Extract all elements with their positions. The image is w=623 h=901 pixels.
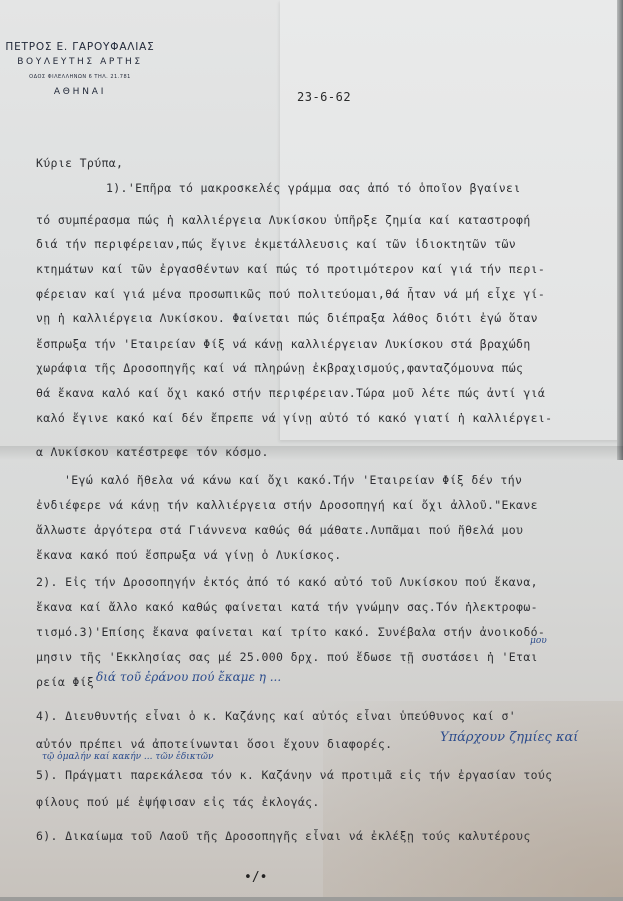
body-line: ἄλλωστε ἀργότερα στά Γιάννενα καθώς θά μ…: [36, 523, 523, 537]
letterhead-name: ΠΕΤΡΟΣ Ε. ΓΑΡΟΥΦΑΛΙΑΣ: [0, 40, 160, 55]
body-line: κτημάτων καί τῶν ἐργασθέντων καί πώς τό …: [36, 262, 545, 276]
body-line: 6). Δικαίωμα τοῦ Λαοῦ τῆς Δροσοπηγῆς εἶν…: [36, 829, 531, 843]
letterhead-city: ΑΘΗΝΑΙ: [0, 84, 160, 100]
body-line: διά τήν περιφέρειαν,πώς ἔγινε ἐκμετάλλευ…: [36, 237, 516, 251]
body-line: καλό ἔγινε κακό καί δέν ἔπρεπε νά γίνῃ α…: [36, 411, 552, 425]
body-line: 1).'Επῆρα τό μακροσκελές γράμμα σας ἀπό …: [106, 181, 521, 195]
body-line: α Λυκίσκου κατέστρεφε τόν κόσμο.: [36, 445, 269, 459]
page-bottom-edge: [0, 897, 623, 901]
body-line: ἔκανα καί ἄλλο κακό καθώς φαίνεται κατά …: [36, 600, 538, 614]
body-line: φέρειαν καί γιά μένα προσωπικῶς πού πολι…: [36, 287, 545, 301]
body-line: 'Εγώ καλό ἤθελα νά κάνω καί ὄχι κακό.Τήν…: [64, 473, 522, 487]
body-line: 2). Εἰς τήν Δροσοπηγήν ἐκτός ἀπό τό κακό…: [36, 575, 538, 589]
body-line: ἐνδιέφερε νά κάνῃ τήν καλλιέργεια στήν Δ…: [36, 498, 538, 512]
body-line: 4). Διευθυντής εἶναι ὁ κ. Καζάνης καί αὐ…: [36, 709, 516, 723]
body-line: αὐτόν πρέπει νά ἀποτείνωνται ὅσοι ἔχουν …: [36, 737, 392, 751]
page-edge-shadow: [617, 0, 623, 460]
body-line: 5). Πράγματι παρεκάλεσα τόν κ. Καζάνην ν…: [36, 768, 552, 782]
body-line: ἔσπρωξα τήν 'Εταιρείαν Φίξ νά κάνῃ καλλι…: [36, 337, 531, 351]
body-line: τισμό.3)'Επίσης ἔκανα φαίνεται καί τρίτο…: [36, 625, 545, 639]
body-line: ἔκανα κακό πού ἔσπρωξα νά γίνῃ ὁ Λυκίσκο…: [36, 548, 342, 562]
continuation-mark: •/•: [244, 870, 267, 885]
letterhead-address: ΟΔΟΣ ΦΙΛΕΛΛΗΝΩΝ 6 ΤΗΛ. 21.781: [0, 70, 160, 84]
body-line: ρεία Φίξ: [36, 675, 94, 689]
salutation: Κύριε Τρύπα,: [36, 156, 123, 170]
handwritten-insert: διά τοῦ ἐράνου πού ἔκαμε η ...: [96, 670, 281, 684]
letter-page: ΠΕΤΡΟΣ Ε. ΓΑΡΟΥΦΑΛΙΑΣ ΒΟΥΛΕΥΤΗΣ ΑΡΤΗΣ ΟΔ…: [0, 0, 623, 901]
body-line: φίλους πού μέ ἐψήφισαν εἰς τάς ἐκλογάς.: [36, 795, 320, 809]
body-line: νῃ ἡ καλλιέργεια Λυκίσκου. Φαίνεται πώς …: [36, 311, 538, 325]
handwritten-annotation: τῷ ὁμαλήν καί κακήν ... τῶν ἐδικτῶν: [42, 752, 214, 762]
body-line: θά ἔκανα καλό καί ὄχι κακό στήν περιφέρε…: [36, 386, 545, 400]
body-line: μησιν τῆς 'Εκκλησίας σας μέ 25.000 δρχ. …: [36, 650, 538, 664]
body-line: χωράφια τῆς Δροσοπηγῆς καί νά πληρώνῃ ἐκ…: [36, 361, 523, 375]
letter-date: 23-6-62: [297, 90, 351, 104]
handwritten-annotation: Υπάρχουν ζημίες καί: [440, 730, 578, 745]
letterhead-title: ΒΟΥΛΕΥΤΗΣ ΑΡΤΗΣ: [0, 55, 160, 70]
body-line: τό συμπέρασμα πώς ἡ καλλιέργεια Λυκίσκου…: [36, 213, 531, 227]
handwritten-superscript: μου: [530, 636, 547, 646]
letterhead: ΠΕΤΡΟΣ Ε. ΓΑΡΟΥΦΑΛΙΑΣ ΒΟΥΛΕΥΤΗΣ ΑΡΤΗΣ ΟΔ…: [0, 40, 160, 100]
